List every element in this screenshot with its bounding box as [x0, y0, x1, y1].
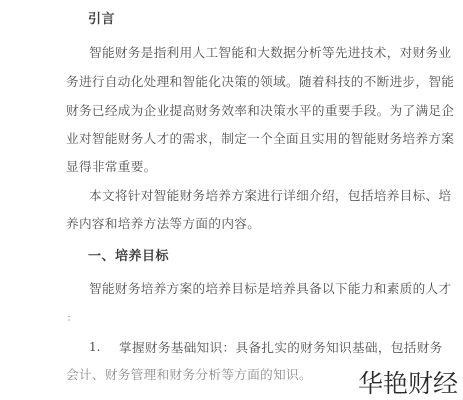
- watermark: 华艳财经: [356, 364, 460, 400]
- document-page: 引言 智能财务是指利用人工智能和大数据分析等先进技术，对财务业 务进行自动化处理…: [0, 0, 463, 400]
- list-item-number: 1.: [89, 340, 100, 354]
- intro-paragraph-line-1: 智能财务是指利用人工智能和大数据分析等先进技术，对财务业: [89, 45, 388, 61]
- section1-intro-tail: ：: [67, 311, 76, 324]
- section1-heading: 一、培养目标: [88, 245, 169, 264]
- overview-paragraph-line-2: 养内容和培养方法等方面的内容。: [66, 216, 388, 232]
- intro-paragraph-line-3: 财务已经成为企业提高财务效率和决策水平的重要手段。为了满足企: [66, 103, 388, 119]
- intro-paragraph-line-4: 业对智能财务人才的需求，制定一个全面且实用的智能财务培养方案: [66, 131, 388, 147]
- section1-intro-line: 智能财务培养方案的培养目标是培养具备以下能力和素质的人才: [89, 281, 388, 297]
- intro-paragraph-line-2: 务进行自动化处理和智能化决策的领域。随着科技的不断进步，智能: [66, 74, 388, 90]
- overview-paragraph-line-1: 本文将针对智能财务培养方案进行详细介绍，包括培养目标、培: [89, 188, 388, 204]
- intro-heading: 引言: [88, 8, 115, 27]
- list-item-text: 掌握财务基础知识：具备扎实的财务知识基础，包括财务: [119, 340, 387, 356]
- intro-paragraph-line-5: 显得非常重要。: [66, 159, 388, 175]
- list-item-continuation: 会计、财务管理和财务分析等方面的知识。: [66, 367, 312, 383]
